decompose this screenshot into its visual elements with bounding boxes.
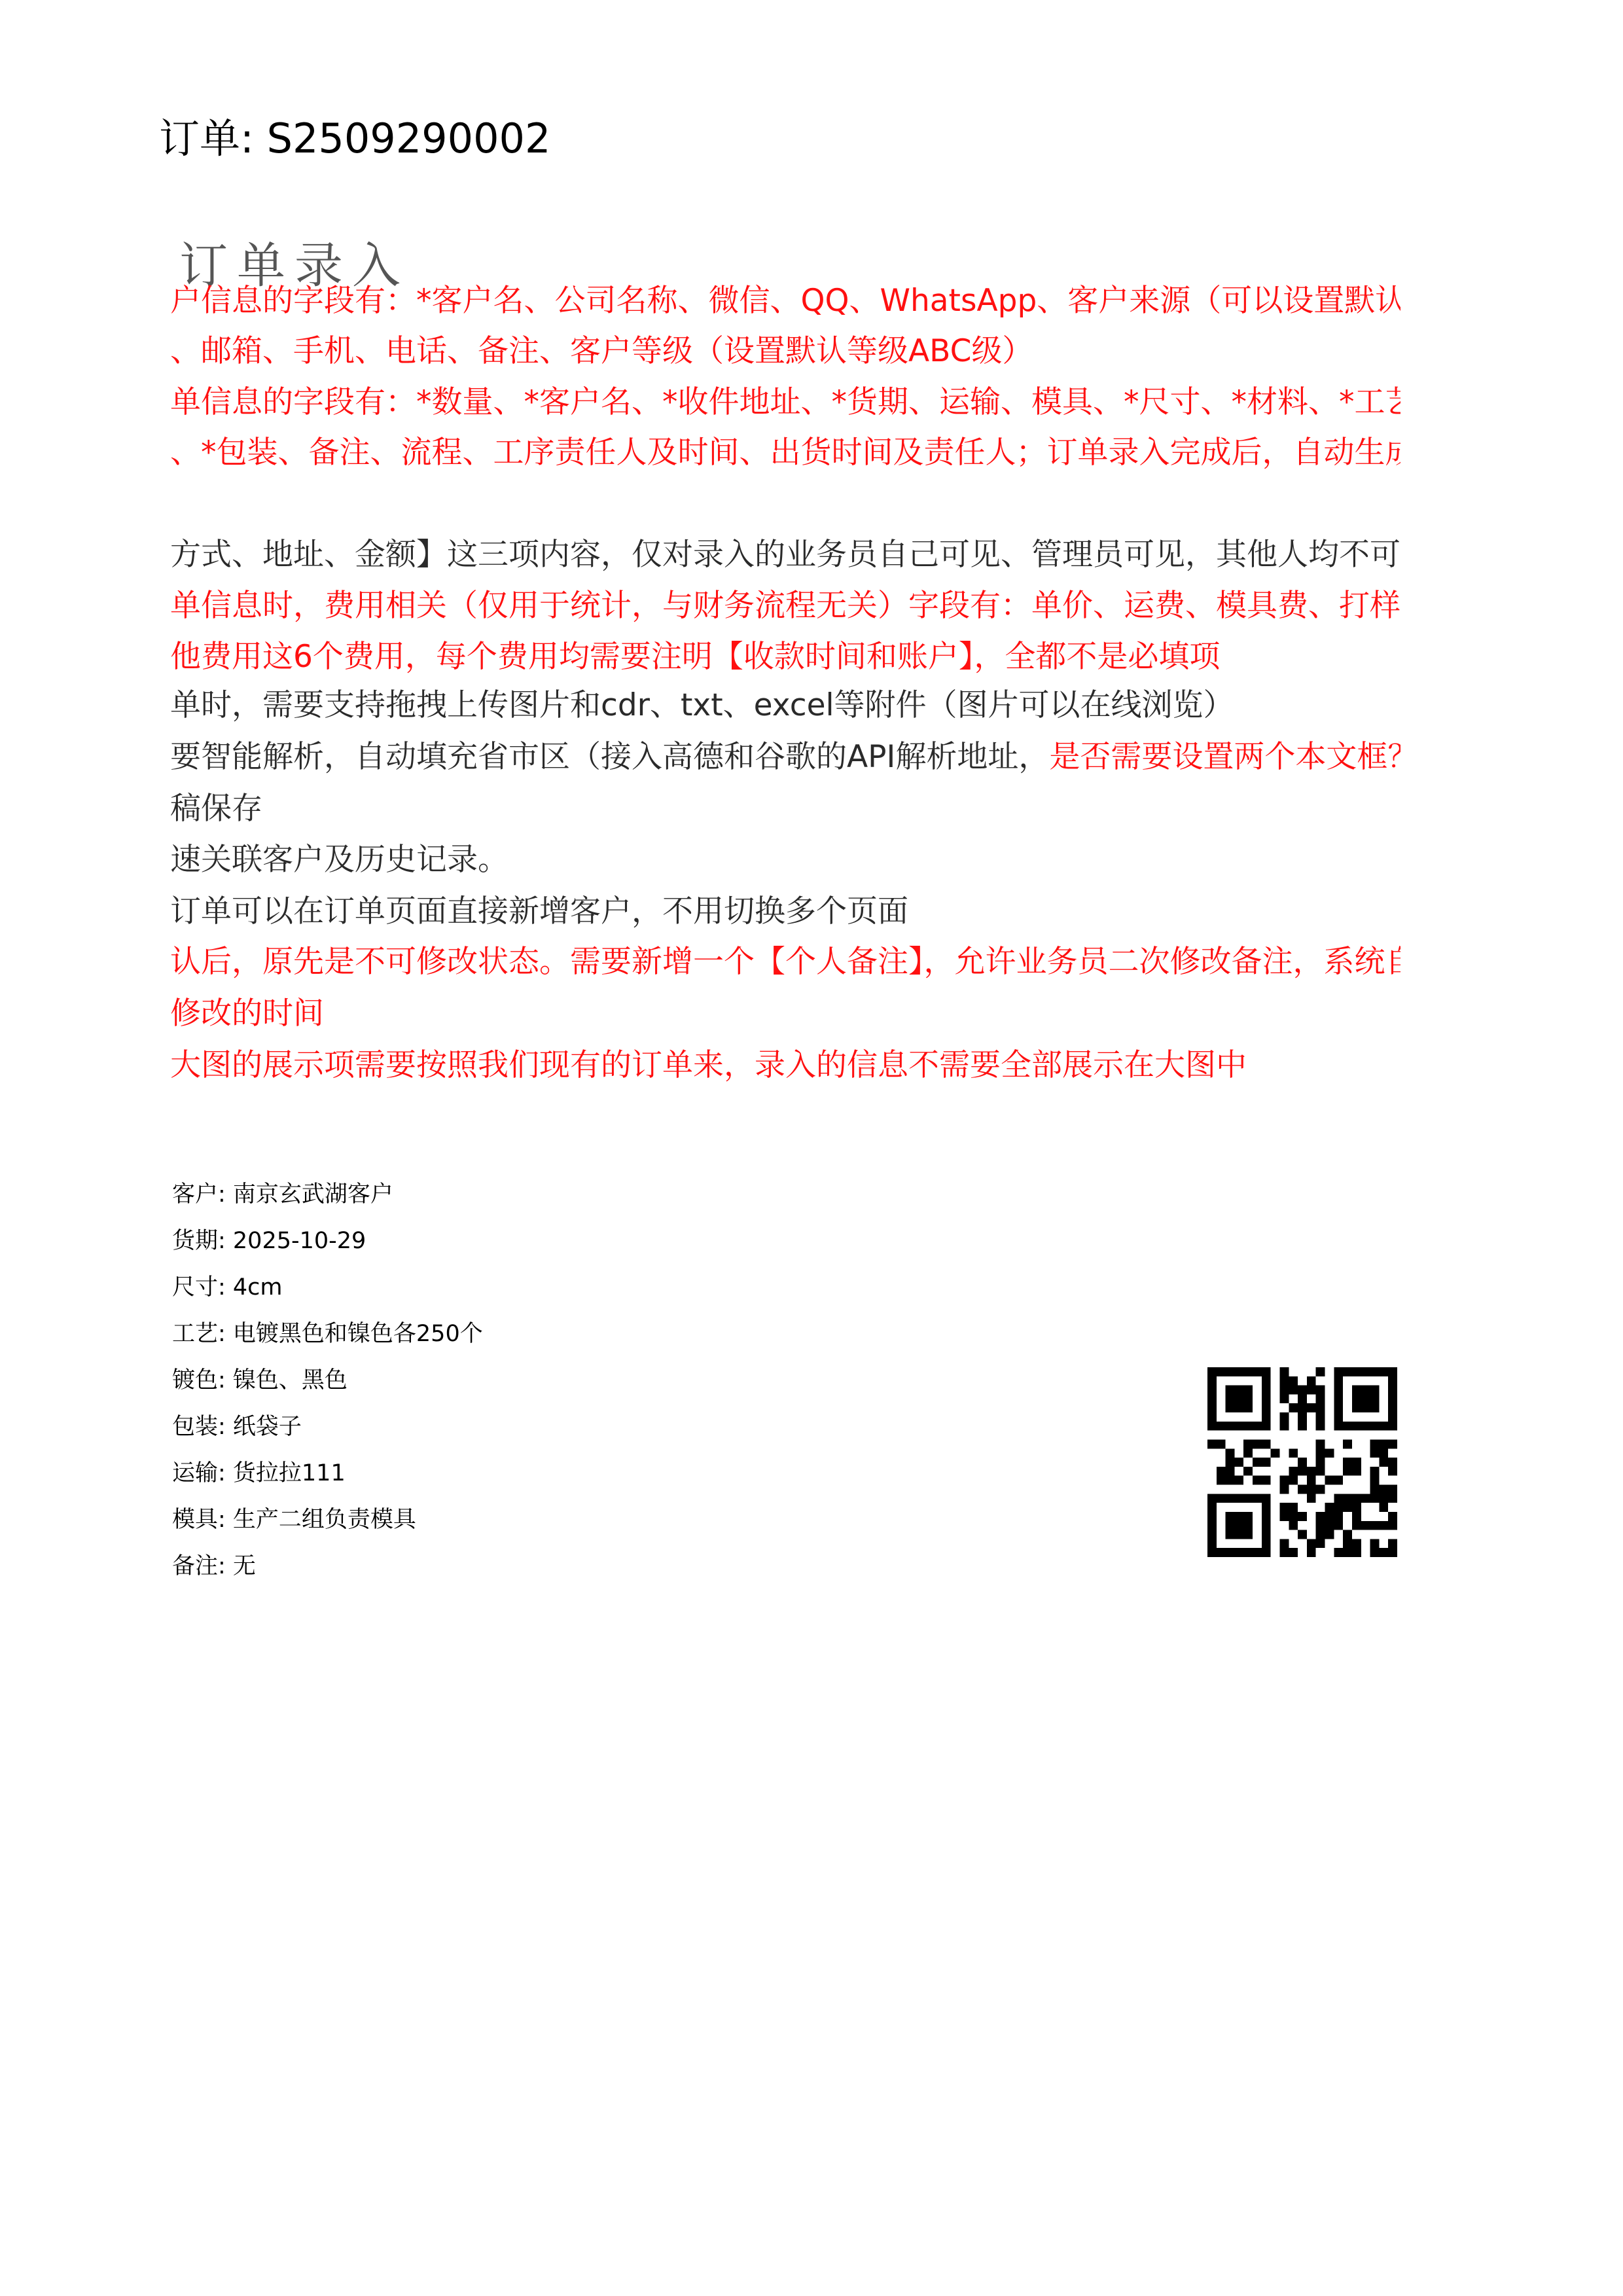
field-process: 工艺: 电镀黑色和镍色各250个 xyxy=(172,1311,483,1357)
field-remarks: 备注: 无 xyxy=(172,1543,483,1590)
order-field-list: 客户: 南京玄武湖客户 货期: 2025-10-29 尺寸: 4cm 工艺: 电… xyxy=(172,1172,483,1590)
requirement-line: 要智能解析，自动填充省市区（接入高德和谷歌的API解析地址，是否需要设置两个本文… xyxy=(170,732,1400,783)
field-customer: 客户: 南京玄武湖客户 xyxy=(172,1172,483,1218)
highlighted-text: 修改的时间 xyxy=(170,996,324,1031)
requirement-line: 他费用这6个费用，每个费用均需要注明【收款时间和账户】，全都不是必填项 xyxy=(170,632,1220,683)
highlighted-text: 认后，原先是不可修改状态。需要新增一个【个人备注】，允许业务员二次修改备注，系统… xyxy=(170,944,1400,980)
field-size: 尺寸: 4cm xyxy=(172,1265,483,1311)
highlighted-text: 大图的展示项需要按照我们现有的订单来，录入的信息不需要全部展示在大图中 xyxy=(170,1047,1247,1083)
requirements-screenshot: 订单录入 户信息的字段有：*客户名、公司名称、微信、QQ、WhatsApp、客户… xyxy=(170,196,1400,1126)
requirement-line: 单时，需要支持拖拽上传图片和cdr、txt、excel等附件（图片可以在线浏览） xyxy=(170,680,1234,731)
highlighted-text: 他费用这6个费用，每个费用均需要注明【收款时间和账户】，全都不是必填项 xyxy=(170,639,1220,675)
body-text: 订单可以在订单页面直接新增客户，不用切换多个页面 xyxy=(170,893,908,929)
requirement-line: 户信息的字段有：*客户名、公司名称、微信、QQ、WhatsApp、客户来源（可以… xyxy=(170,276,1400,327)
requirement-line: 单信息的字段有：*数量、*客户名、*收件地址、*货期、运输、模具、*尺寸、*材料… xyxy=(170,377,1400,428)
highlighted-text: 是否需要设置两个本文框？ xyxy=(1049,739,1400,775)
body-text: 单时，需要支持拖拽上传图片和cdr、txt、excel等附件（图片可以在线浏览） xyxy=(170,687,1234,723)
order-number-title: 订单: S2509290002 xyxy=(159,113,550,165)
requirement-line: 单信息时，费用相关（仅用于统计，与财务流程无关）字段有：单价、运费、模具费、打样… xyxy=(170,581,1400,632)
requirement-line: 修改的时间 xyxy=(170,988,324,1039)
requirement-line: 速关联客户及历史记录。 xyxy=(170,834,508,886)
qr-code-icon xyxy=(1207,1367,1397,1557)
field-shipping: 运输: 货拉拉111 xyxy=(172,1450,483,1497)
highlighted-text: 、*包装、备注、流程、工序责任人及时间、出货时间及责任人；订单录入完成后，自动生… xyxy=(170,435,1400,471)
requirement-line: 认后，原先是不可修改状态。需要新增一个【个人备注】，允许业务员二次修改备注，系统… xyxy=(170,937,1400,988)
field-delivery-date: 货期: 2025-10-29 xyxy=(172,1218,483,1265)
requirement-line: 订单可以在订单页面直接新增客户，不用切换多个页面 xyxy=(170,886,908,937)
body-text: 速关联客户及历史记录。 xyxy=(170,842,508,878)
highlighted-text: 、邮箱、手机、电话、备注、客户等级（设置默认等级ABC级） xyxy=(170,333,1033,369)
body-text: 稿保存 xyxy=(170,791,262,827)
requirement-line: 稿保存 xyxy=(170,783,262,834)
body-text: 要智能解析，自动填充省市区（接入高德和谷歌的API解析地址， xyxy=(170,739,1049,775)
requirement-line: 、邮箱、手机、电话、备注、客户等级（设置默认等级ABC级） xyxy=(170,326,1033,377)
requirement-line: 方式、地址、金额】这三项内容，仅对录入的业务员自己可见、管理员可见，其他人均不可… xyxy=(170,529,1400,581)
field-mold: 模具: 生产二组负责模具 xyxy=(172,1497,483,1543)
highlighted-text: 单信息时，费用相关（仅用于统计，与财务流程无关）字段有：单价、运费、模具费、打样… xyxy=(170,588,1400,624)
field-packaging: 包装: 纸袋子 xyxy=(172,1404,483,1450)
highlighted-text: 单信息的字段有：*数量、*客户名、*收件地址、*货期、运输、模具、*尺寸、*材料… xyxy=(170,384,1400,420)
requirement-line: 大图的展示项需要按照我们现有的订单来，录入的信息不需要全部展示在大图中 xyxy=(170,1040,1247,1091)
field-plating-color: 镀色: 镍色、黑色 xyxy=(172,1357,483,1404)
highlighted-text: 户信息的字段有：*客户名、公司名称、微信、QQ、WhatsApp、客户来源（可以… xyxy=(170,283,1400,319)
body-text: 方式、地址、金额】这三项内容，仅对录入的业务员自己可见、管理员可见，其他人均不可… xyxy=(170,537,1400,573)
requirement-line: 、*包装、备注、流程、工序责任人及时间、出货时间及责任人；订单录入完成后，自动生… xyxy=(170,427,1400,478)
